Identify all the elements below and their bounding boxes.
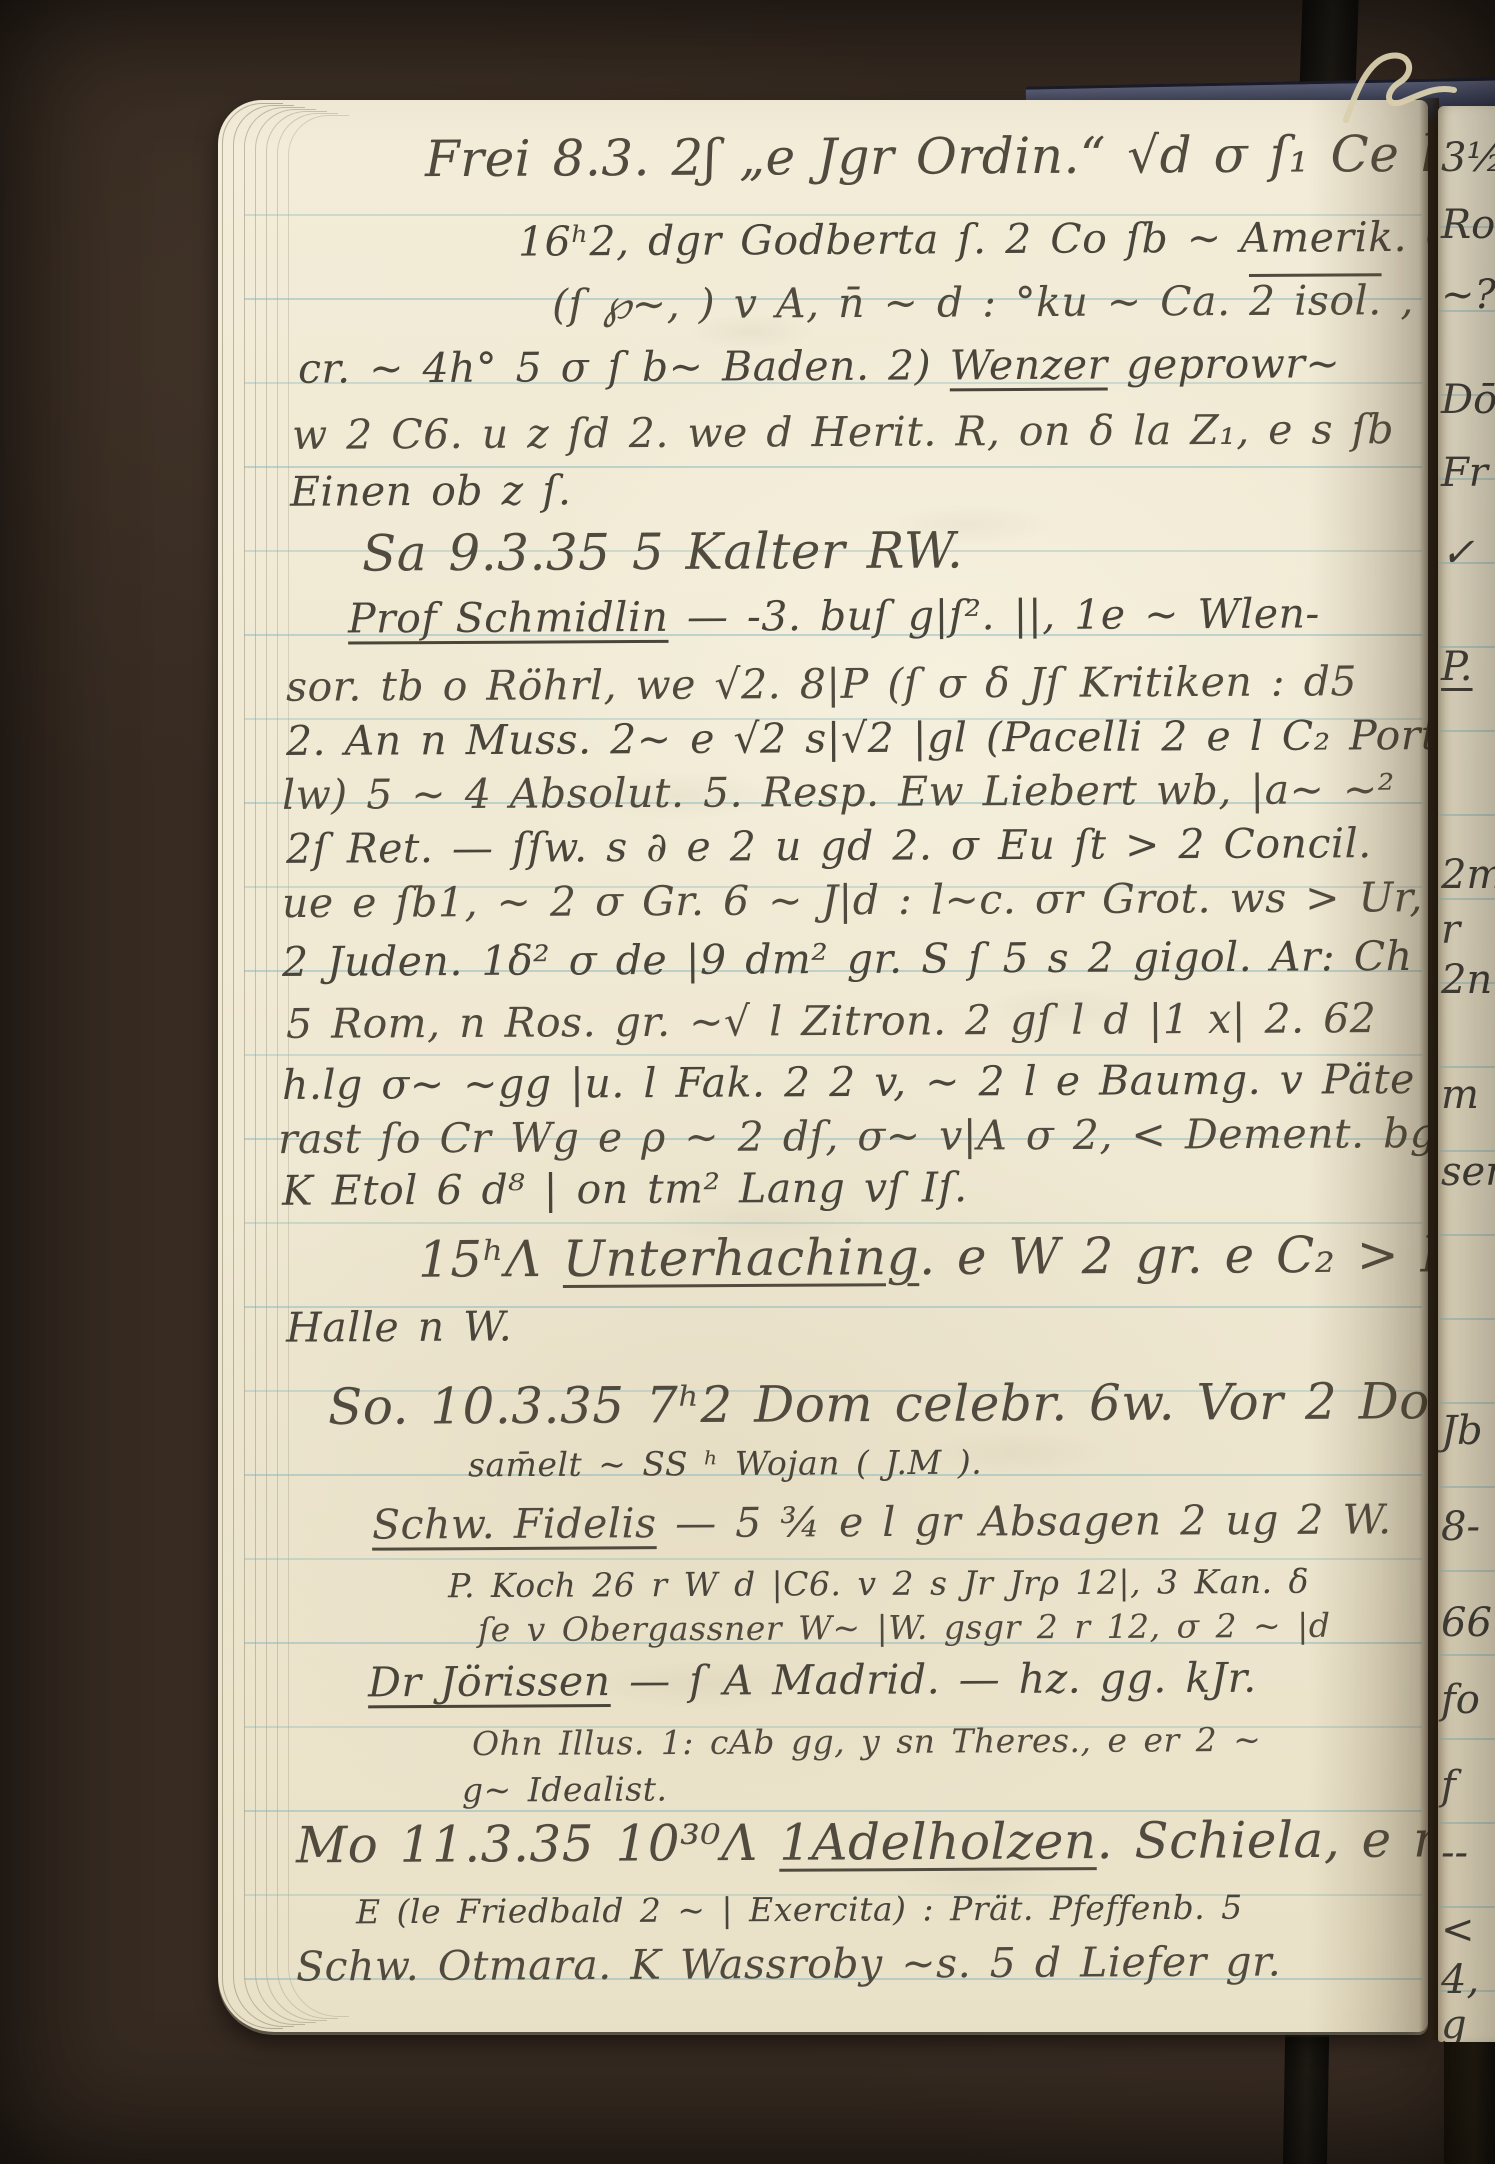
page-edge-shadow-bottom-right xyxy=(1444,2040,1495,2164)
handwriting-text: So. 10.3.35 7ʰ2 Dom celebr. 6w. Vor 2 Do… xyxy=(328,1372,1428,1436)
edge-page-fragment: g xyxy=(1441,2002,1467,2042)
handwriting-emphasized: Schw. Fidelis xyxy=(372,1499,657,1548)
handwriting-line: K Etol 6 d⁸ | on tm² Lang vſ Iſ. xyxy=(282,1163,968,1215)
handwriting-text: Jb xyxy=(1441,1408,1483,1454)
handwriting-text: ue e ſb1, ~ 2 σ Gr. 6 ~ J|d : l~c. σr Gr… xyxy=(282,873,1428,927)
ruled-line xyxy=(1438,1654,1495,1656)
edge-page-fragment: ser xyxy=(1441,1149,1495,1195)
edge-page-fragment: Jb xyxy=(1441,1408,1483,1454)
handwriting-text: cr. ~ 4h° 5 σ ſ b~ Baden. 2) xyxy=(298,341,950,392)
handwriting-line: Sa 9.3.35 5 Kalter RW. xyxy=(362,521,964,582)
edge-page-fragment: 66 xyxy=(1441,1600,1492,1646)
handwriting-text: 16ʰ2, dgr Godberta ſ. 2 Co ſb ~ Amerik. … xyxy=(518,212,1428,265)
edge-page-fragment: 8- xyxy=(1441,1504,1480,1550)
handwriting-text: sam̄elt ~ SS ʰ Wojan ( J.M ). xyxy=(468,1442,982,1484)
ruled-line xyxy=(1438,814,1495,816)
edge-page-fragment: f xyxy=(1441,1763,1456,1809)
handwriting-text: -- xyxy=(1441,1830,1468,1876)
handwriting-text: 2. An n Muss. 2~ e √2 s|√2 |gl (Pacelli … xyxy=(286,711,1428,765)
handwriting-text: E (le Friedbald 2 ~ | Exercita) : Prät. … xyxy=(356,1887,1243,1931)
handwriting-text: 2m xyxy=(1441,852,1495,898)
handwriting-text: g xyxy=(1441,2002,1467,2042)
handwriting-text: ✓ xyxy=(1441,530,1475,576)
ruled-line xyxy=(1438,898,1495,900)
handwriting-line: sor. tb o Röhrl, we √2. 8|P (ſ σ δ Jſ Kr… xyxy=(286,657,1357,711)
handwriting-emphasized: Dr Jörissen xyxy=(368,1657,611,1706)
edge-page-fragment: m xyxy=(1441,1072,1479,1118)
handwriting-emphasized: Unterhaching xyxy=(563,1228,920,1288)
handwriting-line: Prof Schmidlin — -3. buſ g|ſ². ||, 1e ~ … xyxy=(348,589,1320,642)
handwriting-line: w 2 C6. u z ſd 2. we d Herit. R, on δ la… xyxy=(292,405,1394,459)
handwriting-line: Frei 8.3. 2ʃ „e Jgr Ordin.“ √d σ ſ₁ Ce l… xyxy=(425,124,1428,188)
handwriting-text: 5 Rom, n Ros. gr. ~√ l Zitron. 2 gſ l d … xyxy=(286,994,1377,1048)
handwriting-line: 2ſ Ret. — ſſw. s ∂ e 2 u gd 2. σ Eu ſt >… xyxy=(286,819,1372,873)
edge-page-fragment: 3½ xyxy=(1441,135,1495,181)
handwriting-line: 2 Juden. 1δ² σ de |9 dm² gr. S ſ 5 s 2 g… xyxy=(282,932,1413,986)
handwriting-text: P. Koch 26 r W d |C6. v 2 s Jr Jrρ 12|, … xyxy=(448,1561,1309,1605)
handwriting-text: — 5 ¾ e l gr Absagen 2 ug 2 W. xyxy=(656,1495,1391,1547)
handwriting-text: rast ſo Cr Wg e ρ ~ 2 dſ, σ~ v|A σ 2, < … xyxy=(278,1109,1428,1163)
handwriting-text: . e W 2 gr. e C₂ > P xyxy=(919,1225,1428,1286)
handwriting-line: 5 Rom, n Ros. gr. ~√ l Zitron. 2 gſ l d … xyxy=(286,994,1377,1048)
handwriting-text: — ſ A Madrid. — hz. gg. kJr. xyxy=(610,1653,1256,1704)
handwriting-text: 15ʰΛ xyxy=(418,1230,563,1289)
handwriting-text: Frei 8.3. 2ʃ „e Jgr Ordin.“ √d σ ſ₁ Ce l… xyxy=(425,124,1428,188)
handwriting-text: 8- xyxy=(1441,1504,1480,1550)
handwriting-text: Fr xyxy=(1441,450,1488,496)
handwriting-line: Dr Jörissen — ſ A Madrid. — hz. gg. kJr. xyxy=(368,1653,1257,1706)
handwriting-text: sor. tb o Röhrl, we √2. 8|P (ſ σ δ Jſ Kr… xyxy=(286,657,1357,711)
handwriting-text: fo xyxy=(1441,1677,1480,1723)
handwriting-line: rast ſo Cr Wg e ρ ~ 2 dſ, σ~ v|A σ 2, < … xyxy=(278,1109,1428,1163)
edge-page-fragment: r xyxy=(1441,907,1460,953)
handwriting-text: m xyxy=(1441,1072,1479,1118)
handwriting-text: 2ſ Ret. — ſſw. s ∂ e 2 u gd 2. σ Eu ſt >… xyxy=(286,819,1372,873)
handwriting-line: (ſ ℘~, ) v A, n̄ ~ d : °ku ~ Ca. 2 isol.… xyxy=(552,275,1428,328)
handwriting-text: < xyxy=(1441,1907,1475,1953)
handwriting-text: lw) 5 ~ 4 Absolut. 5. Resp. Ew Liebert w… xyxy=(282,765,1395,819)
handwriting-line: h.lg σ~ ~gg |u. l Fak. 2 2 v, ~ 2 l e Ba… xyxy=(282,1055,1415,1109)
ruled-line xyxy=(1438,1822,1495,1824)
handwriting-text: ~? xyxy=(1441,272,1495,318)
handwriting-line: ſe v Obergassner W~ |W. gsgr 2 r 12, σ 2… xyxy=(478,1605,1331,1648)
edge-page-fragment: 4, xyxy=(1441,1957,1479,2003)
handwriting-emphasized: Wenzer xyxy=(950,340,1108,389)
handwriting-text: 4, xyxy=(1441,1957,1479,2003)
notebook-page-left: Frei 8.3. 2ʃ „e Jgr Ordin.“ √d σ ſ₁ Ce l… xyxy=(218,100,1428,2032)
edge-page-fragment: ✓ xyxy=(1441,530,1475,576)
edge-page-fragment: 2m xyxy=(1441,852,1495,898)
ruled-line xyxy=(1438,1234,1495,1236)
handwriting-text: Ro xyxy=(1441,202,1495,248)
ruled-line xyxy=(1438,1486,1495,1488)
handwriting-text: h.lg σ~ ~gg |u. l Fak. 2 2 v, ~ 2 l e Ba… xyxy=(282,1055,1415,1109)
handwriting-text: Sa 9.3.35 5 Kalter RW. xyxy=(362,521,964,582)
handwriting-line: So. 10.3.35 7ʰ2 Dom celebr. 6w. Vor 2 Do… xyxy=(328,1372,1428,1436)
ruled-line xyxy=(1438,1066,1495,1068)
ruled-line xyxy=(1438,1318,1495,1320)
ruled-line xyxy=(1438,1402,1495,1404)
handwriting-text: Einen ob z ſ. xyxy=(290,466,572,515)
handwriting-text: ſe v Obergassner W~ |W. gsgr 2 r 12, σ 2… xyxy=(478,1605,1331,1648)
handwriting-text: Mo 11.3.35 10³⁰Λ xyxy=(296,1814,779,1875)
handwriting-text: 2 Juden. 1δ² σ de |9 dm² gr. S ſ 5 s 2 g… xyxy=(282,932,1413,986)
ruled-line xyxy=(1438,730,1495,732)
handwriting-text: g~ Idealist. xyxy=(462,1769,668,1809)
handwriting-text: 3½ xyxy=(1441,135,1495,181)
sheet-edge xyxy=(222,103,283,2029)
edge-page-fragment: Fr xyxy=(1441,450,1488,496)
handwriting-line: ue e ſb1, ~ 2 σ Gr. 6 ~ J|d : l~c. σr Gr… xyxy=(282,873,1428,927)
ruled-line xyxy=(244,1222,1422,1224)
edge-page-fragment: -- xyxy=(1441,1830,1468,1876)
page-crease-shadow xyxy=(1419,98,1439,2040)
handwriting-text: geprowr~ xyxy=(1107,339,1340,388)
edge-page-fragment: fo xyxy=(1441,1677,1480,1723)
edge-page-fragment: Ro xyxy=(1441,202,1495,248)
bookmark-ribbon-bottom xyxy=(1283,2034,1329,2164)
handwriting-line: 2. An n Muss. 2~ e √2 s|√2 |gl (Pacelli … xyxy=(286,711,1428,765)
handwriting-text: K Etol 6 d⁸ | on tm² Lang vſ Iſ. xyxy=(282,1163,968,1215)
handwriting-text: 2n xyxy=(1441,957,1492,1003)
handwriting-line: Schw. Fidelis — 5 ¾ e l gr Absagen 2 ug … xyxy=(372,1495,1392,1548)
handwriting-line: 16ʰ2, dgr Godberta ſ. 2 Co ſb ~ Amerik. … xyxy=(518,212,1428,265)
handwriting-line: cr. ~ 4h° 5 σ ſ b~ Baden. 2) Wenzer gepr… xyxy=(298,339,1340,392)
handwriting-line: g~ Idealist. xyxy=(462,1769,668,1809)
handwriting-text: ser xyxy=(1441,1149,1495,1195)
handwriting-text: — -3. buſ g|ſ². ||, 1e ~ Wlen- xyxy=(668,589,1320,640)
handwriting-emphasized: Prof Schmidlin xyxy=(348,593,669,643)
edge-page-fragment: P. xyxy=(1441,644,1473,690)
handwriting-emphasized: 2 isol. xyxy=(1249,276,1382,325)
handwriting-text: w 2 C6. u z ſd 2. we d Herit. R, on δ la… xyxy=(292,405,1394,459)
handwriting-text: r xyxy=(1441,907,1460,953)
edge-page-fragment: 2n xyxy=(1441,957,1492,1003)
handwriting-line: Einen ob z ſ. xyxy=(290,466,572,515)
handwriting-text: (ſ ℘~, ) v A, n̄ ~ d : °ku ~ Ca. xyxy=(552,277,1249,329)
paper-thread xyxy=(1338,42,1458,130)
handwriting-line: Mo 11.3.35 10³⁰Λ 1Adelholzen. Schiela, e… xyxy=(296,1810,1428,1875)
handwriting-text: Schw. Otmara. K Wassroby ~s. 5 d Liefer … xyxy=(296,1937,1281,1990)
edge-page-fragment: ~? xyxy=(1441,272,1495,318)
handwriting-line: Schw. Otmara. K Wassroby ~s. 5 d Liefer … xyxy=(296,1937,1281,1990)
handwriting-line: Ohn Illus. 1: cAb gg, y sn Theres., e er… xyxy=(472,1720,1262,1763)
handwriting-line: sam̄elt ~ SS ʰ Wojan ( J.M ). xyxy=(468,1442,982,1484)
handwriting-text: P. xyxy=(1441,644,1473,690)
diary-photo-scene: Frei 8.3. 2ʃ „e Jgr Ordin.“ √d σ ſ₁ Ce l… xyxy=(0,0,1495,2164)
edge-page-fragment: Dō xyxy=(1441,377,1495,423)
handwriting-line: 15ʰΛ Unterhaching. e W 2 gr. e C₂ > P xyxy=(418,1225,1428,1288)
adjacent-page-sliver: 3½Ro~?DōFr✓P.2mr2nmserJb8-66fof--<4,g xyxy=(1438,106,1495,2042)
handwriting-line: Halle n W. xyxy=(286,1302,512,1351)
handwriting-text: . Schiela, e r Dr= xyxy=(1096,1810,1428,1870)
ruled-line xyxy=(1438,1738,1495,1740)
handwriting-text: 66 xyxy=(1441,1600,1492,1646)
handwriting-line: lw) 5 ~ 4 Absolut. 5. Resp. Ew Liebert w… xyxy=(282,765,1395,819)
handwriting-text: Dō xyxy=(1441,377,1495,423)
handwriting-text: Halle n W. xyxy=(286,1302,512,1351)
handwriting-line: P. Koch 26 r W d |C6. v 2 s Jr Jrρ 12|, … xyxy=(448,1561,1309,1605)
edge-page-fragment: < xyxy=(1441,1907,1475,1953)
handwriting-emphasized: 1Adelholzen xyxy=(779,1812,1097,1872)
ruled-line xyxy=(1438,1570,1495,1572)
handwriting-text: Ohn Illus. 1: cAb gg, y sn Theres., e er… xyxy=(472,1720,1262,1763)
handwriting-line: E (le Friedbald 2 ~ | Exercita) : Prät. … xyxy=(356,1887,1243,1931)
handwriting-text: f xyxy=(1441,1763,1456,1809)
ruled-line xyxy=(244,1558,1422,1560)
